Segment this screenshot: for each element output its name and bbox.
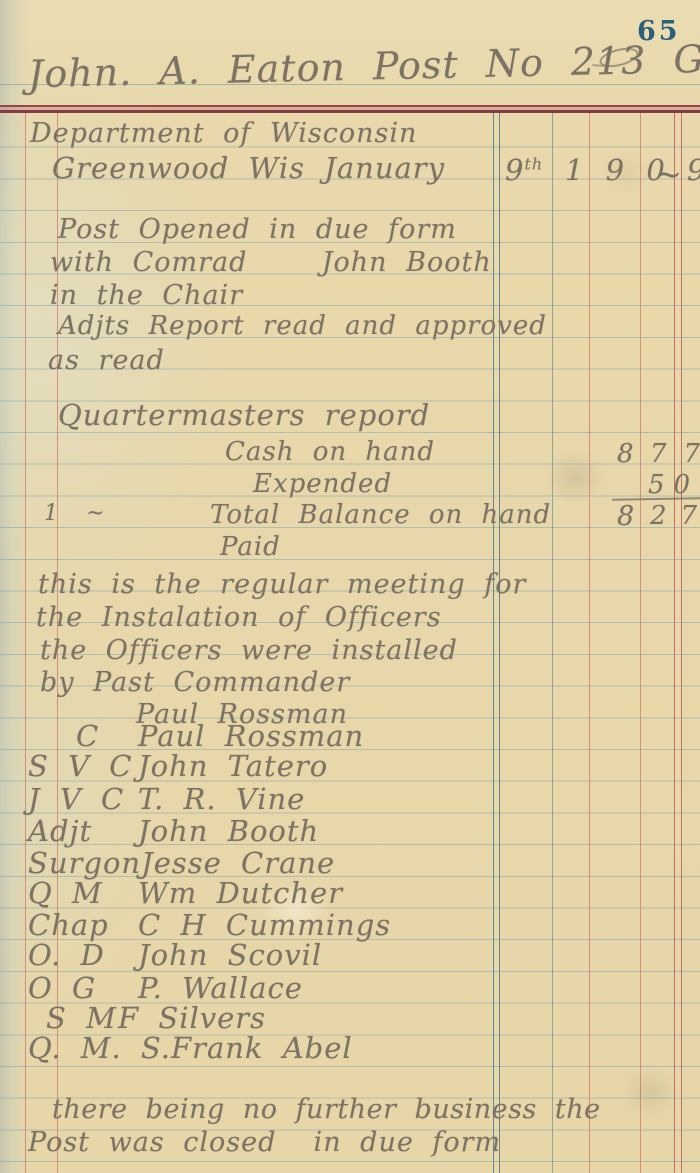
dateline-department: Department of Wisconsin bbox=[30, 120, 417, 147]
officer-name: Jesse Crane bbox=[141, 846, 335, 880]
officer-name: John Tatero bbox=[138, 749, 328, 783]
qm-row-dollars: 8 bbox=[617, 503, 635, 530]
officer-row: SurgonJesse Crane bbox=[28, 849, 335, 878]
qm-row-cents: 50 bbox=[648, 472, 699, 498]
officer-role: J V C bbox=[28, 785, 138, 814]
officer-name: C H Cummings bbox=[138, 908, 391, 942]
qm-row-label: Cash on hand bbox=[225, 439, 435, 465]
minutes-line: by Past Commander bbox=[40, 669, 350, 696]
qm-row-label: Total Balance on hand bbox=[210, 502, 551, 528]
dateline-day-number: 9 bbox=[505, 153, 524, 187]
dateline-flourish: ~ bbox=[655, 158, 683, 190]
officer-name: F Silvers bbox=[118, 1001, 266, 1035]
officer-name: T. R. Vine bbox=[138, 782, 305, 816]
officer-role: Surgon bbox=[28, 849, 141, 878]
qm-row-label: Paid bbox=[220, 534, 281, 560]
officer-row: AdjtJohn Booth bbox=[28, 817, 319, 846]
officer-row: Q. M. S.Frank Abel bbox=[28, 1034, 353, 1063]
officer-row: S MF Silvers bbox=[28, 1004, 266, 1033]
officer-role: Q. M. S. bbox=[28, 1034, 171, 1063]
minutes-line: as read bbox=[48, 347, 165, 374]
minutes-line: with Comrad John Booth bbox=[50, 249, 492, 276]
officer-role: S V C bbox=[28, 752, 138, 781]
minutes-line: in the Chair bbox=[50, 282, 243, 309]
officer-role: O G bbox=[28, 974, 138, 1003]
officer-row: J V CT. R. Vine bbox=[28, 785, 305, 814]
margin-mark: 1 ~ bbox=[44, 503, 110, 525]
officer-role: Chap bbox=[28, 911, 138, 940]
minutes-line: Adjts Report read and approved bbox=[58, 313, 547, 339]
qm-row-dollars: 8 bbox=[617, 441, 635, 467]
column-rule-blue-double bbox=[493, 113, 500, 1173]
officer-role: C bbox=[28, 722, 138, 751]
minutes-line: there being no further business the bbox=[52, 1096, 601, 1123]
officer-name: John Booth bbox=[138, 814, 319, 848]
column-rule-blue-single bbox=[552, 113, 553, 1173]
officer-name: Frank Abel bbox=[171, 1031, 353, 1065]
qm-row-label: Expended bbox=[253, 471, 392, 497]
dateline-place: Greenwood Wis January bbox=[52, 154, 445, 183]
dateline-day-suffix: th bbox=[524, 154, 543, 173]
minutes-line: Post was closed in due form bbox=[28, 1129, 501, 1156]
officer-role: Q M bbox=[28, 879, 138, 908]
officer-row: S V CJohn Tatero bbox=[28, 752, 328, 781]
minutes-line: this is the regular meeting for bbox=[38, 571, 526, 598]
column-rule-red-1 bbox=[589, 113, 590, 1173]
officer-row: CPaul Rossman bbox=[28, 722, 364, 751]
officer-name: P. Wallace bbox=[138, 971, 303, 1005]
minutes-line: the Officers were installed bbox=[40, 637, 458, 664]
column-rule-red-double bbox=[674, 113, 682, 1173]
header-double-red-rule bbox=[0, 105, 700, 113]
minutes-line: the Instalation of Officers bbox=[36, 604, 442, 631]
officer-role: O. D bbox=[28, 941, 138, 970]
minutes-line: Post Opened in due form bbox=[58, 216, 457, 243]
column-rule-red-2 bbox=[640, 113, 641, 1173]
officer-row: O GP. Wallace bbox=[28, 974, 303, 1003]
officer-row: Q MWm Dutcher bbox=[28, 879, 343, 908]
officer-row: ChapC H Cummings bbox=[28, 911, 391, 940]
officer-role: Adjt bbox=[28, 817, 138, 846]
dateline-day: 9th bbox=[505, 156, 543, 185]
officer-row: O. DJohn Scovil bbox=[28, 941, 322, 970]
officer-name: Wm Dutcher bbox=[138, 876, 343, 910]
officer-role: S M bbox=[28, 1004, 118, 1033]
qm-row-cents: 27 bbox=[650, 503, 700, 529]
ledger-page: { "page_number": "65", "title": "John. A… bbox=[0, 0, 700, 1173]
officer-name: John Scovil bbox=[138, 938, 322, 972]
qm-row-cents: 77 bbox=[650, 441, 700, 467]
left-margin-rule-1 bbox=[25, 113, 26, 1173]
officer-name: Paul Rossman bbox=[138, 719, 364, 753]
qm-report-heading: Quartermasters repord bbox=[58, 401, 430, 430]
